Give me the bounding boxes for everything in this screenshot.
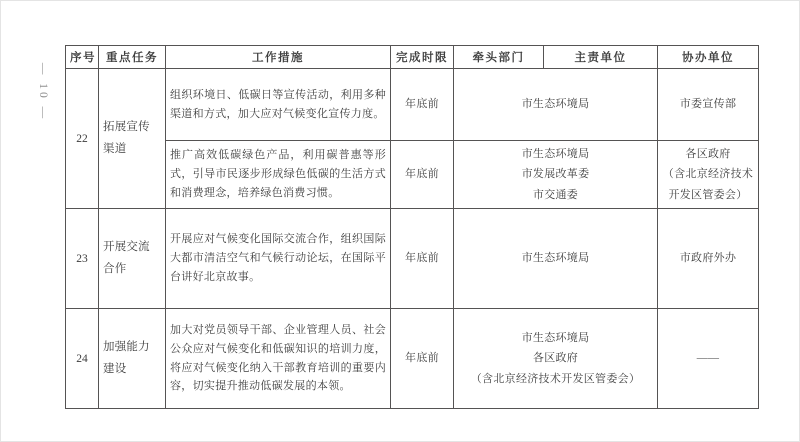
row-number-cell: 23 (66, 209, 99, 309)
lead-main-cell: 市生态环境局 各区政府 （含北京经济技术开发区管委会） (454, 309, 658, 409)
document-page: { "page": { "number_label": "— 10 —" }, … (0, 0, 800, 442)
lead-main-cell: 市生态环境局 (454, 69, 658, 141)
measure-cell: 推广高效低碳绿色产品，利用碳普惠等形式，引导市民逐步形成绿色低碳的生活方式和消费… (166, 141, 391, 209)
work-plan-table: 序号 重点任务 工作措施 完成时限 牵头部门 主责单位 协办单位 22 拓展宣传… (65, 45, 759, 409)
lead-main-cell: 市生态环境局 市发展改革委 市交通委 (454, 141, 658, 209)
lead-main-line: 市发展改革委 (458, 164, 653, 184)
deadline-cell: 年底前 (391, 69, 454, 141)
support-cell: 市委宣传部 (658, 69, 759, 141)
lead-main-line: 市生态环境局 (458, 328, 653, 348)
table-header-row: 序号 重点任务 工作措施 完成时限 牵头部门 主责单位 协办单位 (66, 46, 759, 69)
header-cell-deadline: 完成时限 (391, 46, 454, 69)
task-cell: 开展交流合作 (99, 209, 166, 309)
lead-main-line: 市生态环境局 (458, 248, 653, 268)
lead-main-line: 各区政府 (458, 348, 653, 368)
task-cell: 拓展宣传渠道 (99, 69, 166, 209)
header-cell-measure: 工作措施 (166, 46, 391, 69)
lead-main-line: 市生态环境局 (458, 144, 653, 164)
lead-main-cell: 市生态环境局 (454, 209, 658, 309)
page-number: — 10 — (37, 63, 49, 121)
table-row-22-measure-2: 推广高效低碳绿色产品，利用碳普惠等形式，引导市民逐步形成绿色低碳的生活方式和消费… (66, 141, 759, 209)
table-row-22-measure-1: 22 拓展宣传渠道 组织环境日、低碳日等宣传活动，利用多种渠道和方式，加大应对气… (66, 69, 759, 141)
row-number-cell: 22 (66, 69, 99, 209)
header-cell-main: 主责单位 (544, 46, 658, 69)
header-cell-lead: 牵头部门 (454, 46, 544, 69)
measure-cell: 开展应对气候变化国际交流合作，组织国际大都市清洁空气和气候行动论坛，在国际平台讲… (166, 209, 391, 309)
deadline-cell: 年底前 (391, 141, 454, 209)
row-number-cell: 24 (66, 309, 99, 409)
support-line: （含北京经济技术开发区管委会） (662, 164, 754, 205)
header-cell-support: 协办单位 (658, 46, 759, 69)
lead-main-line: （含北京经济技术开发区管委会） (458, 369, 653, 389)
support-line: —— (662, 348, 754, 368)
task-cell: 加强能力建设 (99, 309, 166, 409)
support-line: 各区政府 (662, 144, 754, 164)
table-row-24: 24 加强能力建设 加大对党员领导干部、企业管理人员、社会公众应对气候变化和低碳… (66, 309, 759, 409)
support-cell: —— (658, 309, 759, 409)
support-cell: 市政府外办 (658, 209, 759, 309)
deadline-cell: 年底前 (391, 309, 454, 409)
header-cell-seq: 序号 (66, 46, 99, 69)
support-cell: 各区政府 （含北京经济技术开发区管委会） (658, 141, 759, 209)
lead-main-line: 市生态环境局 (458, 94, 653, 114)
table-row-23: 23 开展交流合作 开展应对气候变化国际交流合作，组织国际大都市清洁空气和气候行… (66, 209, 759, 309)
measure-cell: 组织环境日、低碳日等宣传活动，利用多种渠道和方式，加大应对气候变化宣传力度。 (166, 69, 391, 141)
deadline-cell: 年底前 (391, 209, 454, 309)
lead-main-line: 市交通委 (458, 185, 653, 205)
header-cell-task: 重点任务 (99, 46, 166, 69)
support-line: 市委宣传部 (662, 94, 754, 114)
support-line: 市政府外办 (662, 248, 754, 268)
measure-cell: 加大对党员领导干部、企业管理人员、社会公众应对气候变化和低碳知识的培训力度，将应… (166, 309, 391, 409)
